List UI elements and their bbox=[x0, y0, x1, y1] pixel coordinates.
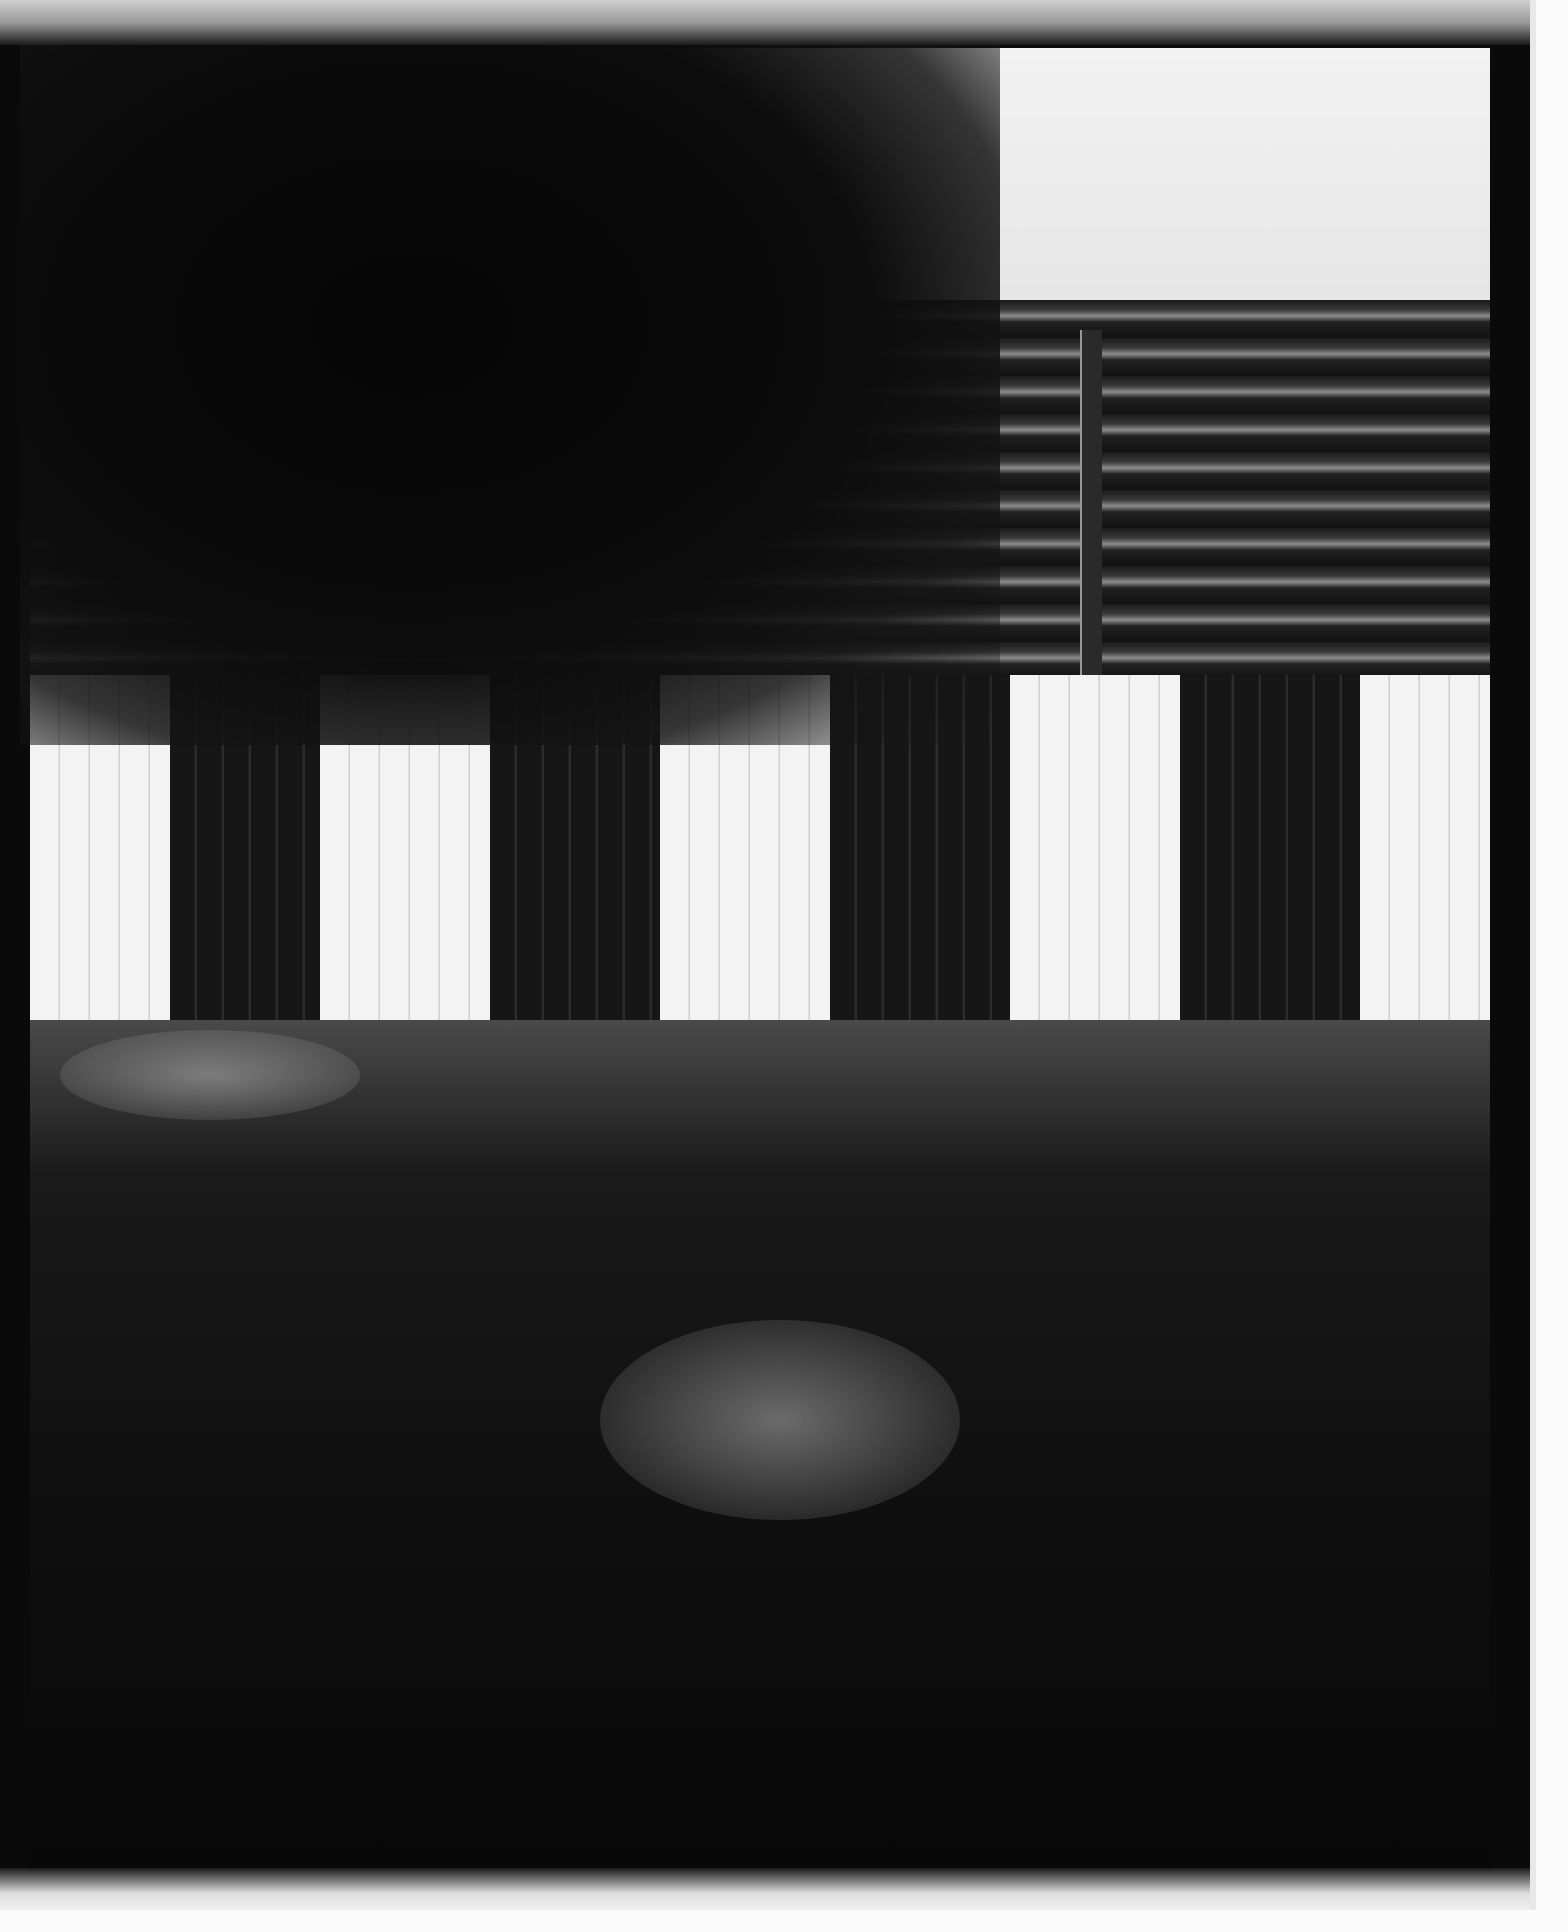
sunlit-grass-patch bbox=[600, 1320, 960, 1520]
fence-post bbox=[1080, 330, 1102, 680]
film-bottom-edge bbox=[0, 1868, 1530, 1910]
fence-panel-bright bbox=[1360, 675, 1490, 1030]
fence-panel-dark bbox=[1180, 675, 1360, 1030]
film-top-edge bbox=[0, 0, 1530, 45]
conifer-tree bbox=[20, 45, 1000, 745]
photograph: Black-and-white large-format instant fil… bbox=[0, 0, 1568, 1932]
fence-panel-bright bbox=[1010, 675, 1180, 1030]
sunlit-grass-patch bbox=[60, 1030, 360, 1120]
